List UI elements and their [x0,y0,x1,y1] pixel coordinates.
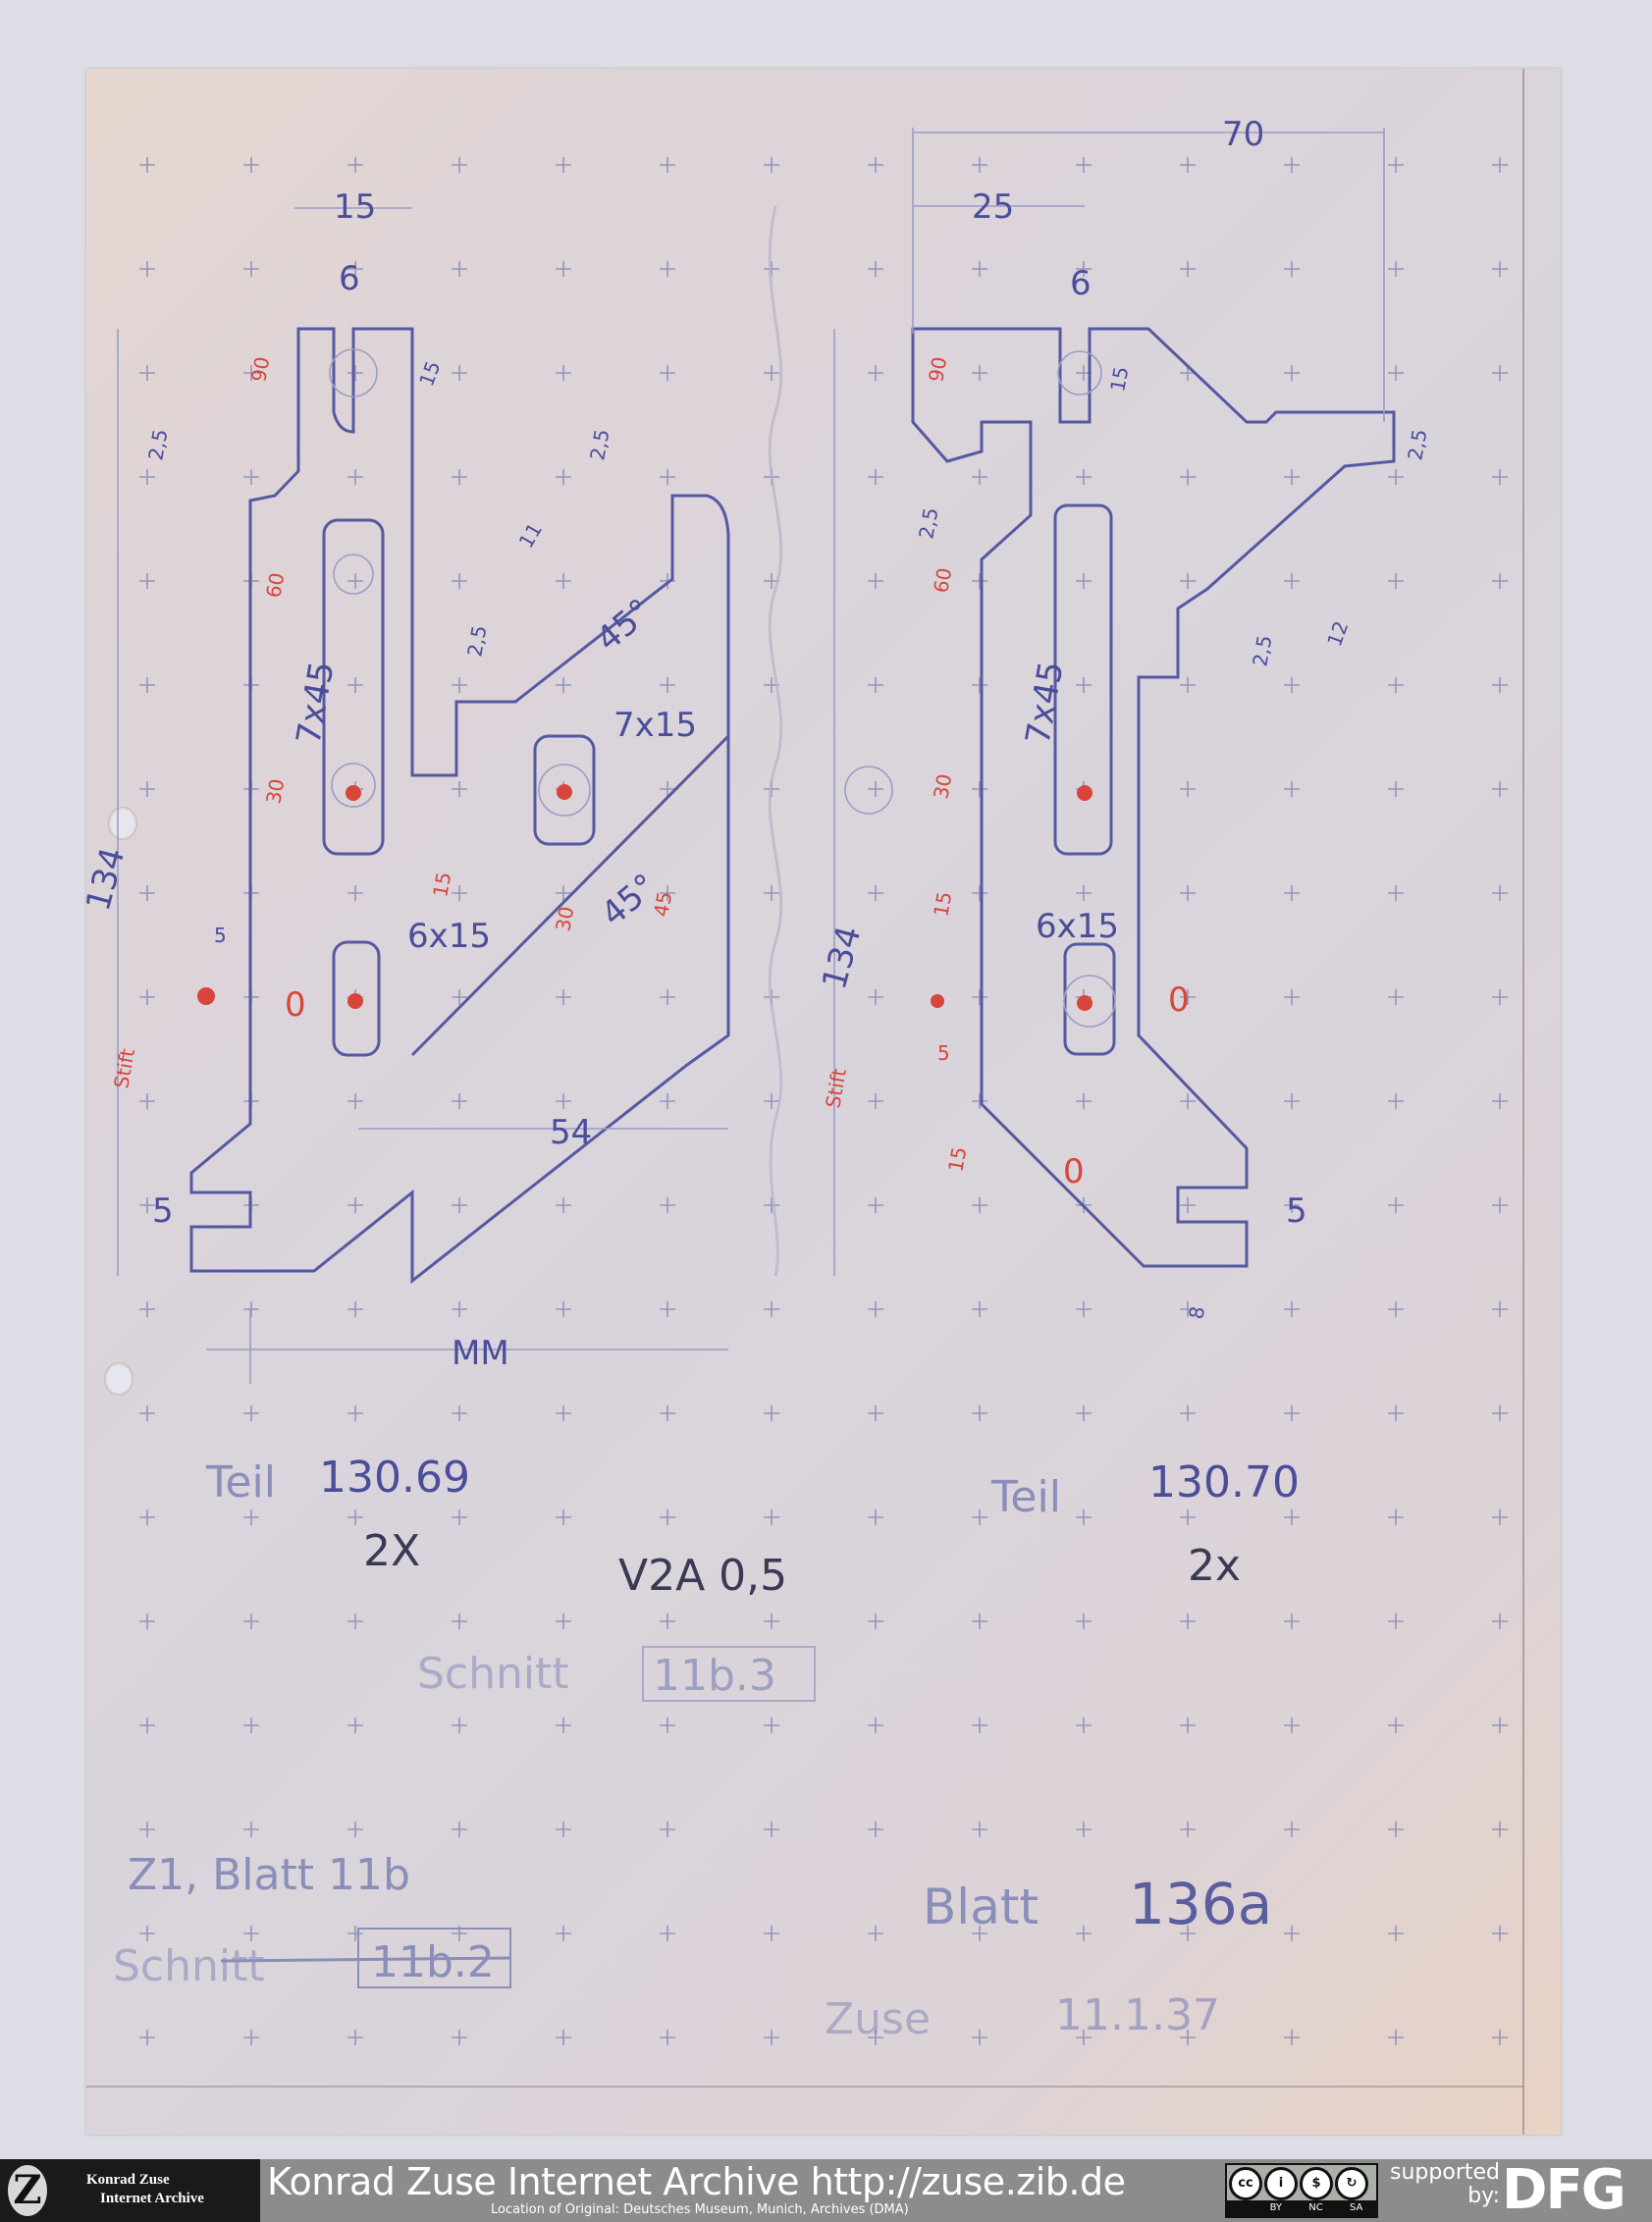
right-dim-overall-width: 70 [1222,115,1264,154]
left-dim-full-width: MM [452,1334,509,1373]
location-of-original: Location of Original: Deutsches Museum, … [491,2202,909,2218]
left-part-number: 130.69 [319,1453,470,1503]
left-dim-5-top: 5 [214,924,227,947]
right-offset-2-5-c: 2,5 [1403,427,1431,461]
left-dim-15-right: 15 [414,358,445,390]
attribution-icon: i [1264,2167,1298,2200]
right-dim-5-right: 5 [1286,1191,1307,1231]
right-offset-2-5-a: 2,5 [914,505,942,540]
left-dim-11: 11 [514,518,548,552]
technical-drawing: 15 6 134 54 MM 7x45 7x15 6x15 45° 45° 2,… [0,0,1652,2159]
cc-icon: cc [1229,2167,1262,2200]
left-dim-slot-width: 6 [339,259,360,298]
schnitt-ref: 11b.3 [653,1651,776,1701]
left-slot-6x15: 6x15 [407,917,491,956]
archive-title-link[interactable]: Konrad Zuse Internet Archive http://zuse… [267,2159,1125,2204]
dfg-logo[interactable]: DFG [1502,2159,1625,2222]
supported-line-2: by: [1388,2185,1500,2208]
right-dim-5-left: 5 [937,1041,950,1065]
right-red-90: 90 [924,355,951,384]
right-dim-12: 12 [1322,618,1353,650]
left-slot-7x15: 7x15 [613,706,697,745]
sharealike-icon: ↻ [1335,2167,1368,2200]
noncommercial-icon: $ [1300,2167,1333,2200]
z-logo-icon: Z [8,2165,47,2216]
right-red-0a: 0 [1168,980,1190,1020]
schnitt-struck-ref: 11b.2 [371,1937,495,1987]
supported-by-text: supported by: [1388,2161,1500,2208]
archive-logo[interactable]: Z Konrad Zuse Internet Archive [0,2159,260,2222]
left-dim-top-width: 15 [334,187,376,227]
cc-license-badge[interactable]: cc i $ ↻ BY NC SA [1225,2163,1378,2218]
sheet-label: Blatt [923,1878,1039,1935]
left-offset-2-5-b: 2,5 [462,623,491,658]
material-spec: V2A 0,5 [618,1551,787,1601]
right-red-15b: 15 [943,1145,971,1174]
z1-note: Z1, Blatt 11b [128,1850,410,1900]
left-red-30: 30 [261,777,289,806]
right-dim-15: 15 [1105,365,1133,394]
left-quantity: 2X [363,1526,420,1576]
right-part-outline [913,329,1394,1266]
left-red-60: 60 [261,571,289,600]
left-angle-1: 45° [589,592,660,660]
right-dim-slot-width: 6 [1070,264,1092,303]
left-offset-2-5-c: 2,5 [585,427,613,461]
left-red-90: 90 [246,355,274,384]
cc-label-by: BY [1270,2200,1282,2216]
right-teil-label: Teil [990,1472,1061,1522]
schnitt-note: Schnitt [417,1649,569,1699]
left-teil-label: Teil [205,1457,276,1508]
logo-line-1: Konrad Zuse [86,2171,204,2190]
left-offset-2-5-a: 2,5 [143,427,172,461]
cc-license-labels: BY NC SA [1227,2200,1376,2216]
right-quantity: 2x [1188,1541,1241,1591]
left-red-0: 0 [285,985,306,1025]
cc-label-sa: SA [1350,2200,1362,2216]
logo-line-2: Internet Archive [86,2190,204,2208]
supported-line-1: supported [1388,2161,1500,2185]
right-part-number: 130.70 [1148,1457,1300,1508]
left-dim-bottom-width: 54 [550,1113,592,1152]
right-part-dimension-lines [834,128,1384,1276]
left-dim-overall-height: 134 [79,843,133,915]
archive-footer-banner: Z Konrad Zuse Internet Archive Konrad Zu… [0,2159,1652,2222]
left-red-30b: 30 [551,905,578,933]
cc-label-nc: NC [1308,2200,1322,2216]
left-dim-5-bottom: 5 [152,1191,174,1231]
right-red-0b: 0 [1063,1152,1085,1191]
right-red-note: Stift [821,1067,851,1110]
right-red-15: 15 [929,890,956,919]
right-slot-7x45: 7x45 [1018,659,1071,748]
right-red-60: 60 [929,566,956,595]
logo-text: Konrad Zuse Internet Archive [86,2171,204,2208]
right-red-30: 30 [929,772,956,801]
left-slot-7x45: 7x45 [289,659,342,748]
sheet-number: 136a [1129,1871,1272,1937]
schnitt-struck: Schnitt [113,1941,265,1991]
right-slot-6x15: 6x15 [1036,907,1119,946]
date: 11.1.37 [1055,1990,1220,2040]
right-dim-overall-height: 134 [815,922,869,993]
right-dim-8: 8 [1184,1304,1209,1321]
right-dim-25: 25 [972,187,1014,227]
right-offset-2-5-b: 2,5 [1248,633,1276,667]
signature: Zuse [825,1994,931,2044]
left-red-15: 15 [428,871,455,899]
left-red-45: 45 [649,890,676,919]
left-red-note: Stift [109,1047,139,1090]
